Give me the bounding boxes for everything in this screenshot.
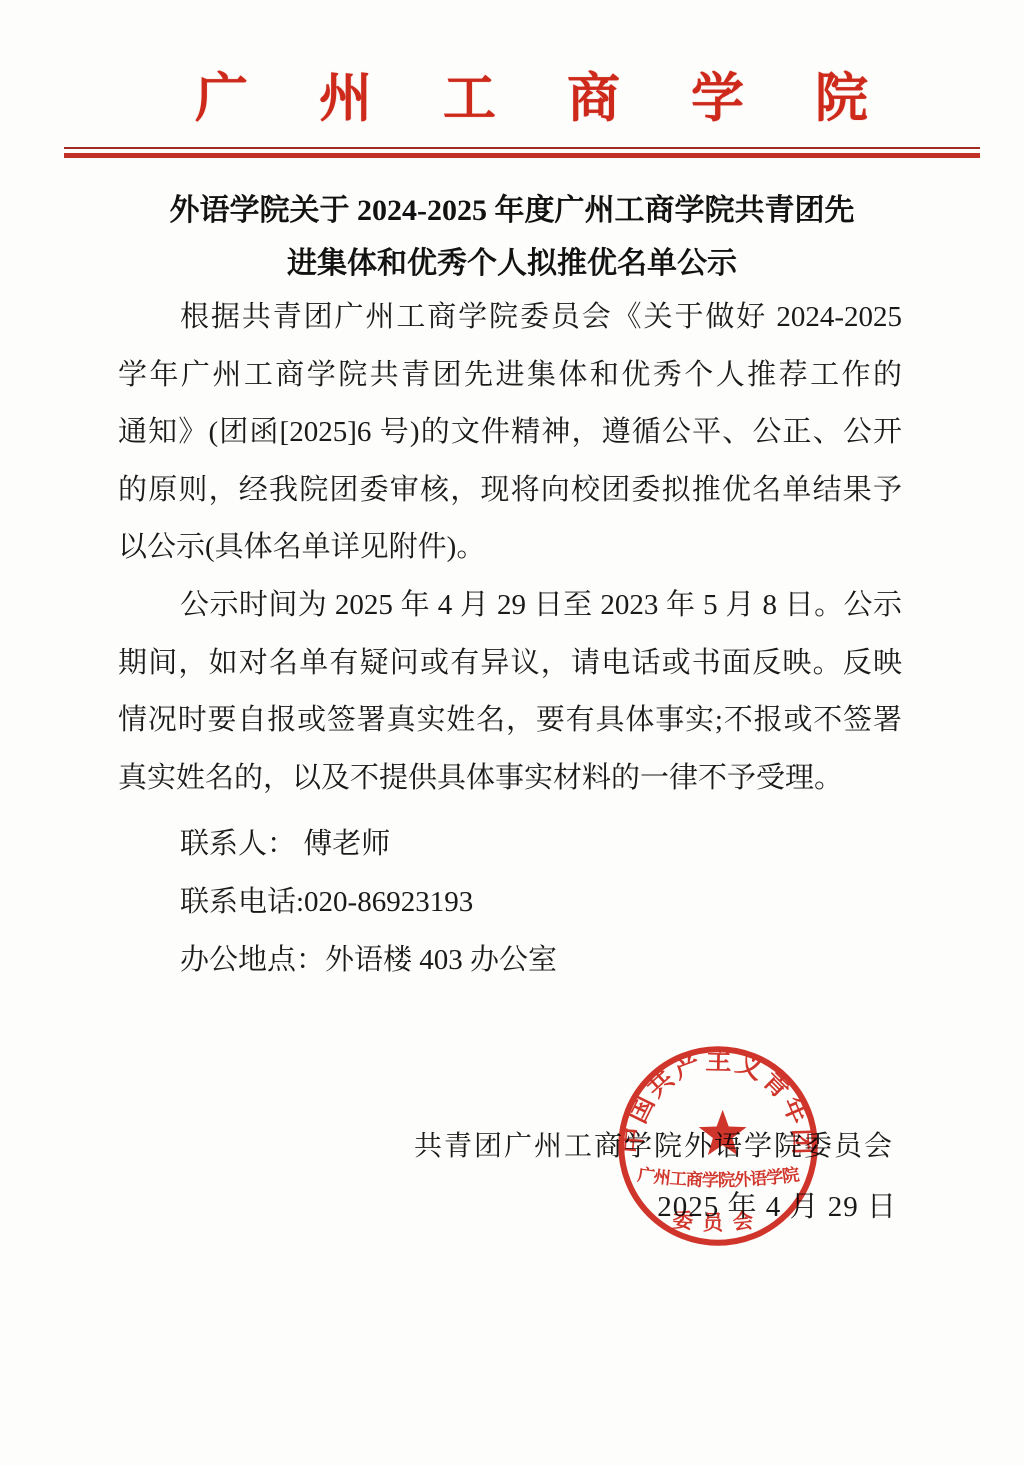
seal-org-text: 广州工商学院外语学院 (636, 1164, 801, 1190)
notice-title-line-2: 进集体和优秀个人拟推优名单公示 (0, 237, 1024, 290)
official-seal-stamp: 中国共产主义青年团 广州工商学院外语学院 委员会 (611, 1034, 825, 1258)
svg-text:广州工商学院外语学院: 广州工商学院外语学院 (636, 1164, 801, 1190)
contact-phone-line: 联系电话:020-86923193 (118, 874, 902, 932)
document-page: 广州工商学院 外语学院关于 2024-2025 年度广州工商学院共青团先 进集体… (0, 0, 1024, 1466)
star-icon (699, 1110, 747, 1155)
contact-office-line: 办公地点：外语楼 403 办公室 (118, 932, 902, 990)
body-line: 情况时要自报或签署真实姓名，要有具体事实;不报或不签署 (118, 692, 902, 750)
seal-committee-text: 委员会 (672, 1208, 765, 1235)
letterhead-school-name: 广州工商学院 (0, 56, 1024, 132)
body-line: 公示时间为 2025 年 4 月 29 日至 2023 年 5 月 8 日。公示 (118, 577, 902, 635)
letterhead-double-rule (64, 147, 980, 154)
body-line: 真实姓名的，以及不提供具体事实材料的一律不予受理。 (118, 750, 902, 808)
body-line: 的原则，经我院团委审核，现将向校团委拟推优名单结果予 (118, 462, 902, 520)
body-line: 期间，如对名单有疑问或有异议，请电话或书面反映。反映 (118, 635, 902, 693)
body-line: 学年广州工商学院共青团先进集体和优秀个人推荐工作的 (118, 347, 902, 405)
body-line: 以公示(具体名单详见附件)。 (118, 519, 902, 577)
notice-title-line-1: 外语学院关于 2024-2025 年度广州工商学院共青团先 (0, 184, 1024, 237)
body-line: 根据共青团广州工商学院委员会《关于做好 2024-2025 (118, 289, 902, 347)
notice-body: 根据共青团广州工商学院委员会《关于做好 2024-2025 学年广州工商学院共青… (118, 289, 902, 989)
contact-person-line: 联系人： 傅老师 (118, 816, 902, 874)
body-line: 通知》(团函[2025]6 号)的文件精神，遵循公平、公正、公开 (118, 404, 902, 462)
svg-text:委员会: 委员会 (672, 1208, 765, 1235)
notice-title: 外语学院关于 2024-2025 年度广州工商学院共青团先 进集体和优秀个人拟推… (0, 184, 1024, 290)
